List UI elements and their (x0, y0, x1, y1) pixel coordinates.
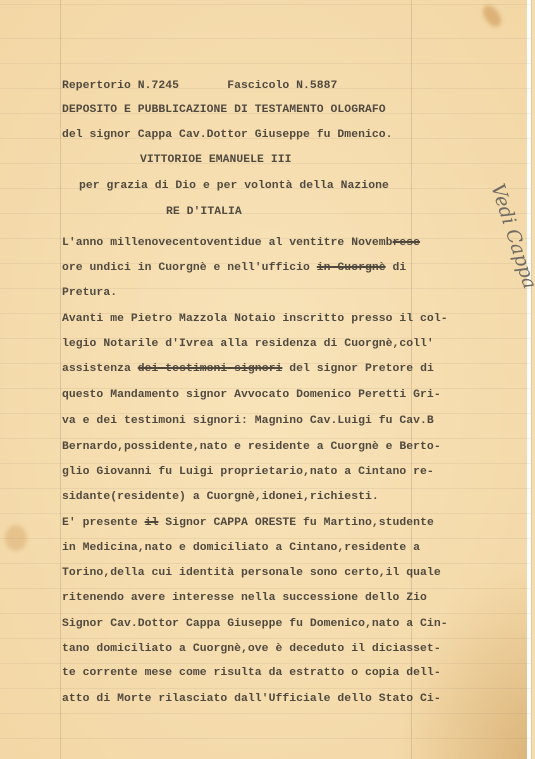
body-text: te corrente mese come risulta da estratt… (62, 667, 441, 679)
body-text: sidante(residente) a Cuorgnè,idonei,rich… (62, 491, 379, 503)
body-text: Torino,della cui identità personale sono… (62, 567, 441, 579)
body-line: tano domiciliato a Cuorgnè,ove è decedut… (62, 643, 441, 655)
body-text: atto di Morte rilasciato dall'Ufficiale … (62, 693, 441, 705)
body-line: E' presente il Signor CAPPA ORESTE fu Ma… (62, 517, 434, 529)
grace-line: per grazia di Dio e per volontà della Na… (79, 180, 389, 192)
body-line: Bernardo,possidente,nato e residente a C… (62, 441, 441, 453)
body-line: Signor Cav.Dottor Cappa Giuseppe fu Dome… (62, 618, 448, 630)
body-text: di (386, 262, 407, 274)
body-text: in Medicina,nato e domiciliato a Cintano… (62, 542, 420, 554)
body-text: questo Mandamento signor Avvocato Domeni… (62, 389, 441, 401)
body-line: te corrente mese come risulta da estratt… (62, 667, 441, 679)
body-text: glio Giovanni fu Luigi proprietario,nato… (62, 466, 434, 478)
body-line: legio Notarile d'Ivrea alla residenza di… (62, 338, 434, 350)
document-page: Repertorio N.7245 Fascicolo N.5887 DEPOS… (0, 0, 532, 759)
stain-left-middle (5, 525, 27, 551)
body-line: questo Mandamento signor Avvocato Domeni… (62, 389, 441, 401)
body-line: Avanti me Pietro Mazzola Notaio inscritt… (62, 313, 448, 325)
body-line: ritenendo avere interesse nella successi… (62, 592, 427, 604)
body-line: ore undici in Cuorgnè e nell'ufficio in … (62, 262, 406, 274)
sovereign-name: VITTORIOE EMANUELE III (140, 154, 291, 166)
body-line: assistenza dei testimoni signori del sig… (62, 363, 434, 375)
body-text: E' presente (62, 517, 145, 529)
body-line: sidante(residente) a Cuorgnè,idonei,rich… (62, 491, 379, 503)
body-text: ritenendo avere interesse nella successi… (62, 592, 427, 604)
left-margin-rule (60, 0, 61, 759)
repertorio-number: Repertorio N.7245 (62, 80, 179, 92)
body-text: tano domiciliato a Cuorgnè,ove è decedut… (62, 643, 441, 655)
page-edge (527, 0, 531, 759)
body-text: L'anno millenovecentoventidue al ventitr… (62, 237, 393, 249)
stain-top-right (479, 2, 504, 30)
body-text: Pretura. (62, 287, 117, 299)
document-title: DEPOSITO E PUBBLICAZIONE DI TESTAMENTO O… (62, 104, 386, 116)
body-line: Torino,della cui identità personale sono… (62, 567, 441, 579)
body-line: L'anno millenovecentoventidue al ventitr… (62, 237, 420, 249)
body-text: va e dei testimoni signori: Magnino Cav.… (62, 415, 434, 427)
fascicolo-number: Fascicolo N.5887 (227, 80, 337, 92)
header-line: Repertorio N.7245 Fascicolo N.5887 (62, 80, 337, 92)
body-text: legio Notarile d'Ivrea alla residenza di… (62, 338, 434, 350)
body-text: del signor Pretore di (282, 363, 433, 375)
document-subtitle: del signor Cappa Cav.Dottor Giuseppe fu … (62, 129, 393, 141)
body-text: Signor CAPPA ORESTE fu Martino,studente (158, 517, 433, 529)
body-text: Signor Cav.Dottor Cappa Giuseppe fu Dome… (62, 618, 448, 630)
king-title: RE D'ITALIA (166, 206, 242, 218)
body-text: Bernardo,possidente,nato e residente a C… (62, 441, 441, 453)
body-line: glio Giovanni fu Luigi proprietario,nato… (62, 466, 434, 478)
body-line: va e dei testimoni signori: Magnino Cav.… (62, 415, 434, 427)
body-line: Pretura. (62, 287, 117, 299)
body-line: atto di Morte rilasciato dall'Ufficiale … (62, 693, 441, 705)
struck-text: dei testimoni signori (138, 363, 283, 375)
body-text: Avanti me Pietro Mazzola Notaio inscritt… (62, 313, 448, 325)
struck-text: il (145, 517, 159, 529)
struck-text: rese (393, 237, 421, 249)
body-text: assistenza (62, 363, 138, 375)
body-text: ore undici in Cuorgnè e nell'ufficio (62, 262, 317, 274)
struck-text: in Cuorgnè (317, 262, 386, 274)
body-line: in Medicina,nato e domiciliato a Cintano… (62, 542, 420, 554)
